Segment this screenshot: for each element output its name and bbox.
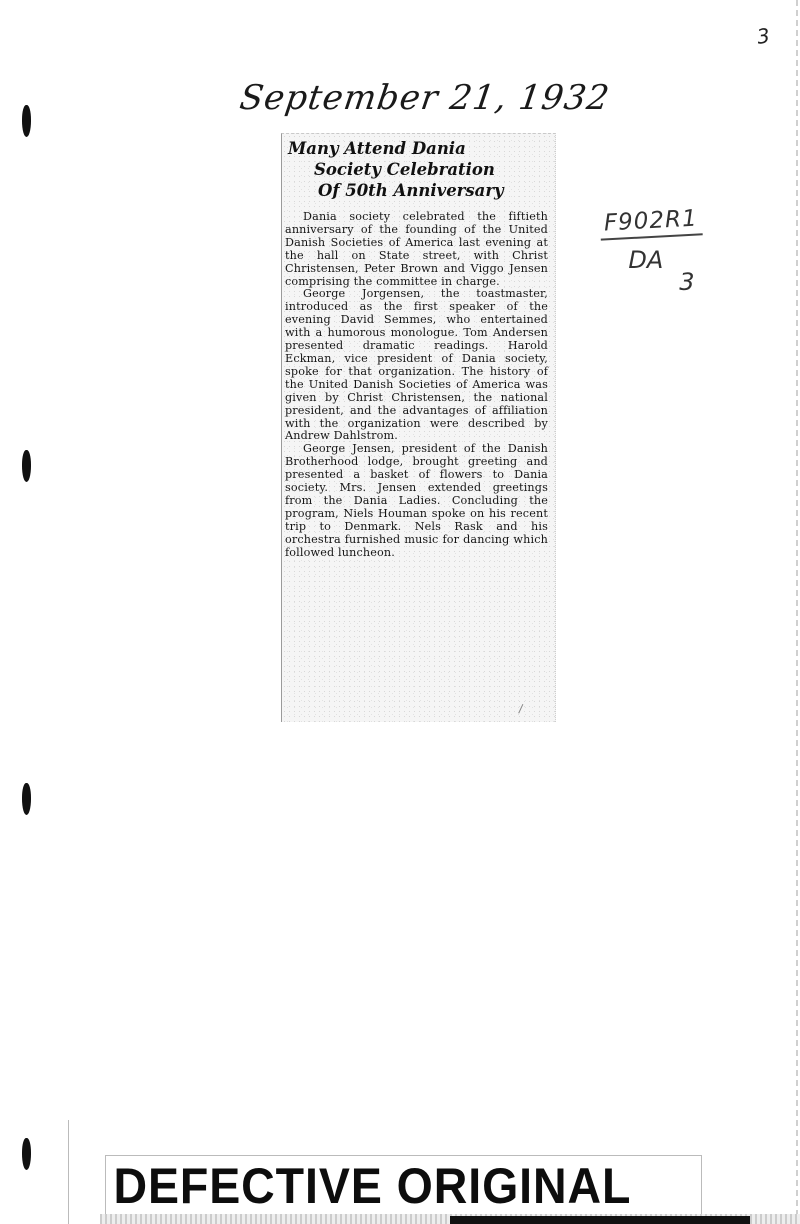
page-number: 3 — [756, 23, 772, 49]
page-edge — [796, 0, 798, 1224]
clipping-headline: Many Attend Dania Society Celebration Of… — [288, 138, 555, 201]
headline-line: Of 50th Anniversary — [288, 180, 555, 201]
article-paragraph: Dania society celebrated the fiftieth an… — [285, 211, 548, 288]
catalog-annotation: F902R1 DA 3 — [600, 208, 702, 296]
binder-hole-mark — [22, 105, 31, 137]
headline-line: Society Celebration — [288, 159, 555, 180]
article-paragraph: George Jensen, president of the Danish B… — [285, 443, 548, 559]
margin-rule — [68, 1120, 69, 1224]
binder-hole-mark — [22, 1138, 31, 1170]
handwritten-date: September 21, 1932 — [237, 78, 612, 118]
article-paragraph: George Jorgensen, the toastmaster, intro… — [285, 288, 548, 443]
newspaper-clipping: Many Attend Dania Society Celebration Of… — [281, 133, 556, 722]
binder-hole-mark — [22, 783, 31, 815]
catalog-item-number: 3 — [672, 268, 702, 296]
defective-original-stamp: DEFECTIVE ORIGINAL — [105, 1155, 702, 1216]
catalog-code: F902R1 — [599, 205, 702, 240]
stamp-text: DEFECTIVE ORIGINAL — [106, 1156, 659, 1216]
article-body: Dania society celebrated the fiftieth an… — [285, 211, 548, 559]
headline-line: Many Attend Dania — [288, 138, 555, 159]
stamp-bar — [450, 1216, 750, 1224]
binder-hole-mark — [22, 450, 31, 482]
